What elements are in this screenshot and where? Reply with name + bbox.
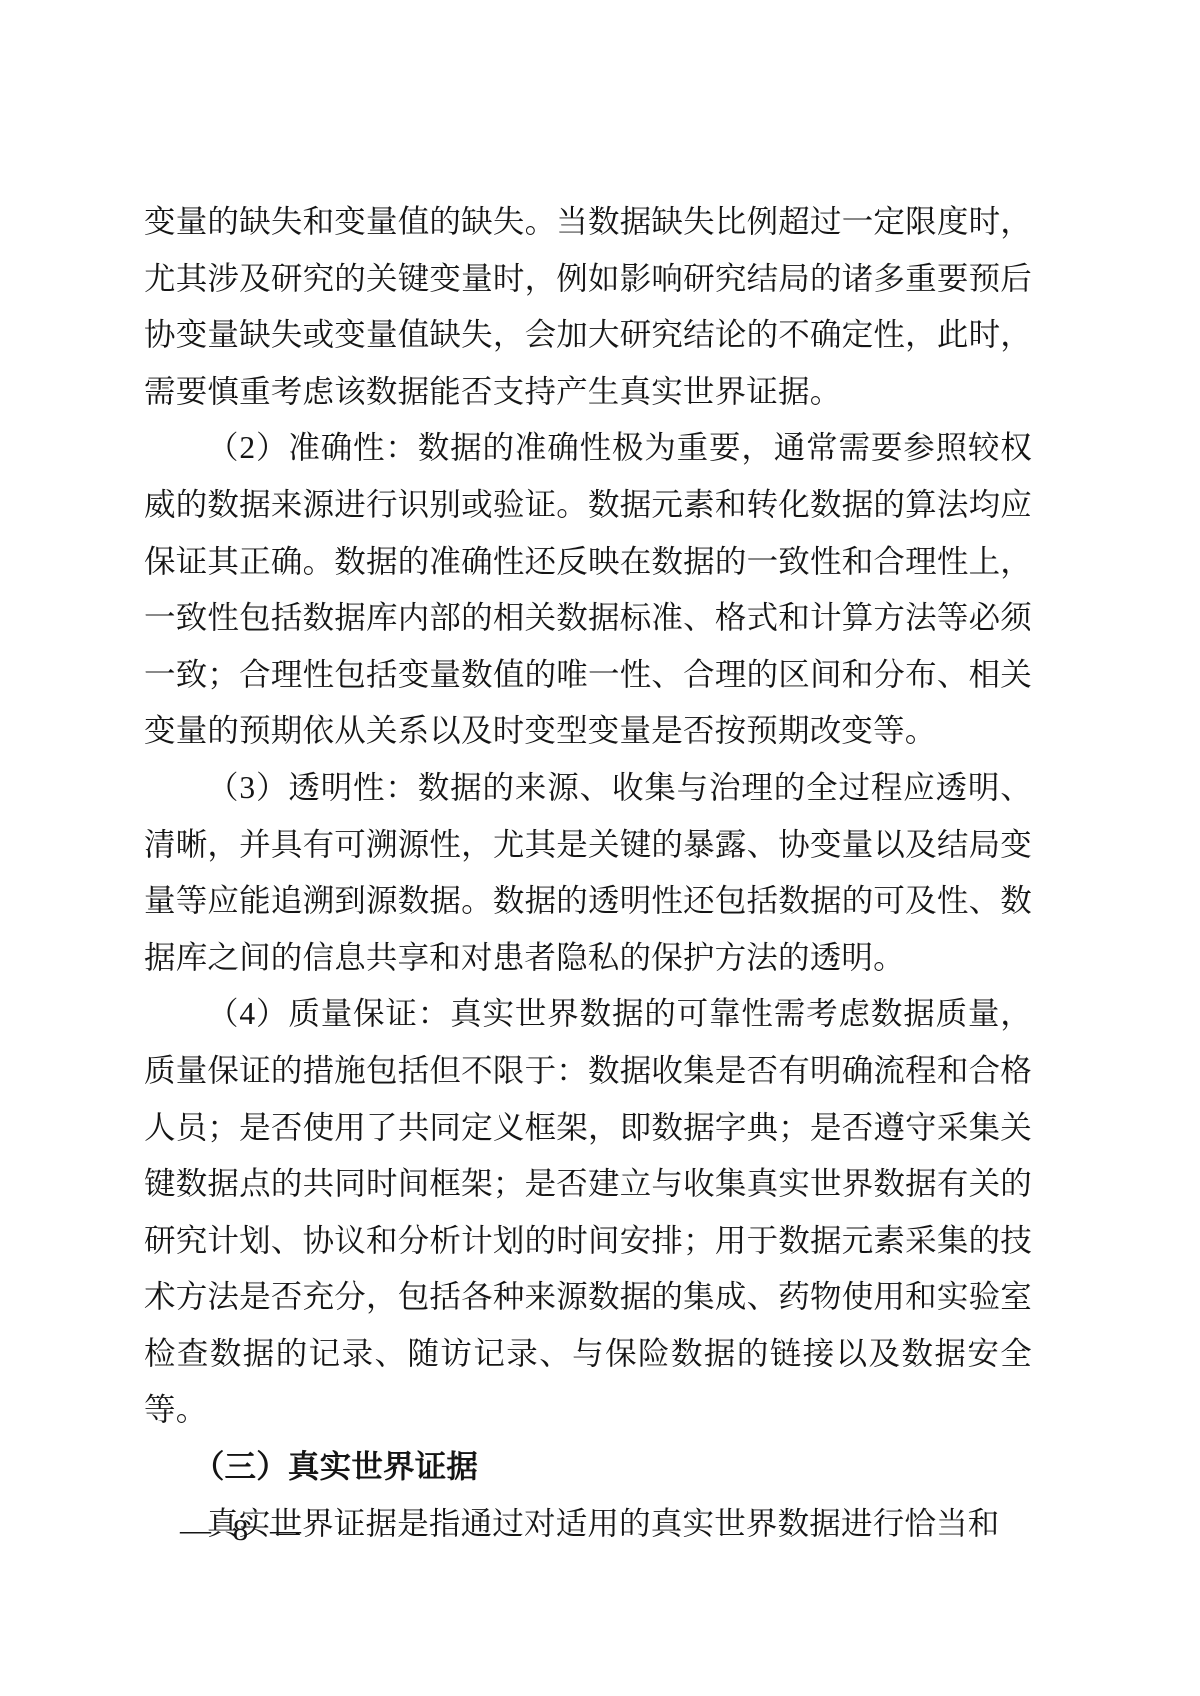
page-number: — 8 —: [180, 1502, 308, 1558]
body-paragraph: 变量的缺失和变量值的缺失。当数据缺失比例超过一定限度时，尤其涉及研究的关键变量时…: [144, 194, 1032, 420]
body-paragraph: （4）质量保证：真实世界数据的可靠性需考虑数据质量，质量保证的措施包括但不限于：…: [144, 986, 1032, 1439]
document-page: 变量的缺失和变量值的缺失。当数据缺失比例超过一定限度时，尤其涉及研究的关键变量时…: [0, 0, 1200, 1696]
section-heading: （三）真实世界证据: [144, 1439, 1032, 1496]
body-paragraph: （3）透明性：数据的来源、收集与治理的全过程应透明、清晰，并具有可溯源性，尤其是…: [144, 760, 1032, 986]
body-paragraph: （2）准确性：数据的准确性极为重要，通常需要参照较权威的数据来源进行识别或验证。…: [144, 420, 1032, 760]
page-body: 变量的缺失和变量值的缺失。当数据缺失比例超过一定限度时，尤其涉及研究的关键变量时…: [144, 194, 1032, 1552]
